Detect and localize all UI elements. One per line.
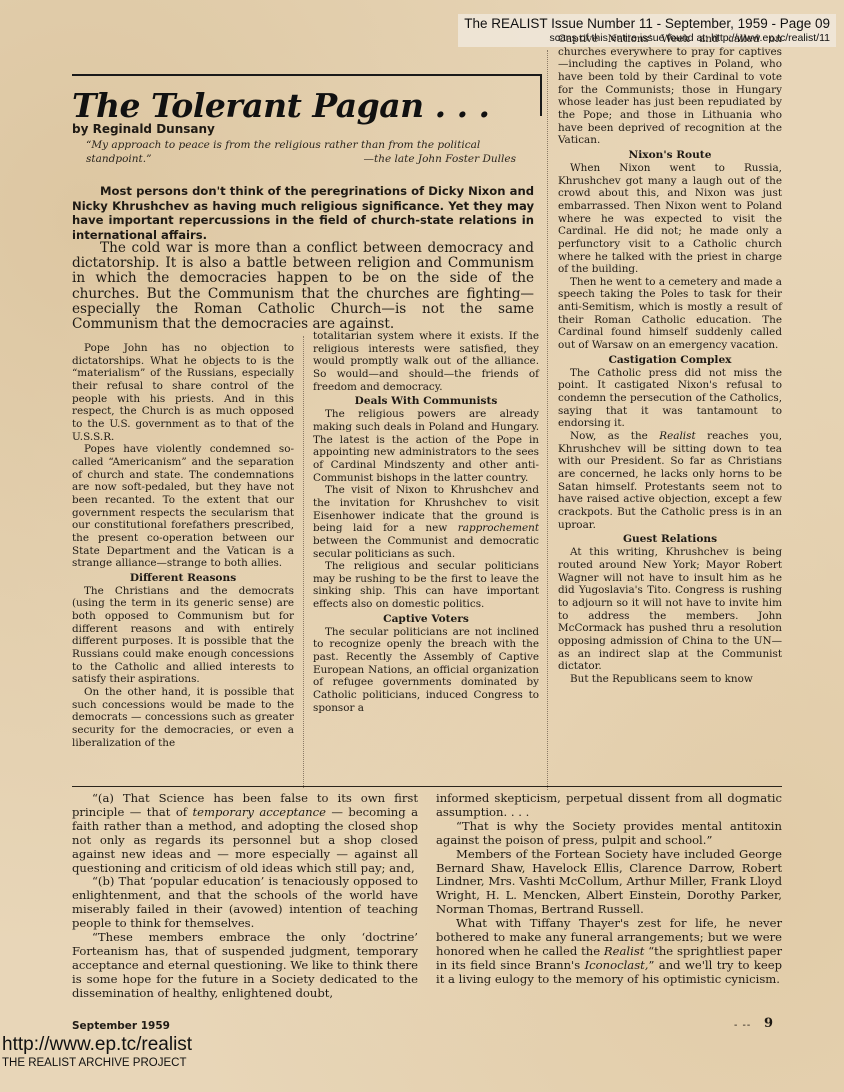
paragraph: The visit of Nixon to Khrushchev and the… <box>313 484 539 560</box>
paragraph: What with Tiffany Thayer's zest for life… <box>436 917 782 987</box>
continued-column-left: “(a) That Science has been false to its … <box>72 792 418 1001</box>
paragraph: The Catholic press did not miss the poin… <box>558 367 782 430</box>
article-title: The Tolerant Pagan . . . <box>72 86 490 125</box>
subheading: Nixon's Route <box>558 148 782 162</box>
paragraph: On the other hand, it is possible that s… <box>72 686 294 749</box>
archive-project-label: THE REALIST ARCHIVE PROJECT <box>2 1056 192 1070</box>
section-divider <box>72 786 782 787</box>
subheading: Guest Relations <box>558 532 782 546</box>
paragraph: The secular politicians are not inclined… <box>313 626 539 715</box>
archive-footer: http://www.ep.tc/realist THE REALIST ARC… <box>2 1034 192 1070</box>
paragraph: Popes have violently condemned so-called… <box>72 443 294 570</box>
byline: by Reginald Dunsany <box>72 122 215 136</box>
paragraph: But the Republicans seem to know <box>558 673 782 686</box>
paragraph: The religious powers are already making … <box>313 408 539 484</box>
paragraph: The religious and secular politicians ma… <box>313 560 539 611</box>
paragraph: “These members embrace the only ‘doctrin… <box>72 931 418 1001</box>
paragraph: “(b) That ‘popular education’ is tenacio… <box>72 875 418 931</box>
paragraph: Now, as the Realist reaches you, Khrushc… <box>558 430 782 531</box>
column-divider <box>303 336 304 788</box>
paragraph: Pope John has no objection to dictatorsh… <box>72 342 294 443</box>
column-divider <box>547 50 548 790</box>
archive-url-link[interactable]: http://www.ep.tc/realist <box>2 1034 192 1056</box>
paragraph: “That is why the Society provides mental… <box>436 820 782 848</box>
page-number: 9 <box>764 1016 773 1031</box>
paragraph: totalitarian system where it exists. If … <box>313 330 539 393</box>
article-column-1: Pope John has no objection to dictatorsh… <box>72 342 294 749</box>
paragraph: “(a) That Science has been false to its … <box>72 792 418 875</box>
paragraph: Then he went to a cemetery and made a sp… <box>558 276 782 352</box>
paragraph: Captive Nations' Week and called on chur… <box>558 33 782 147</box>
subheading: Castigation Complex <box>558 353 782 367</box>
paragraph: When Nixon went to Russia, Khrushchev go… <box>558 162 782 276</box>
paragraph: Members of the Fortean Society have incl… <box>436 848 782 918</box>
paragraph: The Christians and the democrats (using … <box>72 585 294 686</box>
subheading: Captive Voters <box>313 612 539 626</box>
subheading: Deals With Communists <box>313 394 539 408</box>
intro-paragraph: The cold war is more than a conflict bet… <box>72 241 534 332</box>
paragraph: At this writing, Khrushchev is being rou… <box>558 546 782 673</box>
continued-column-right: informed skepticism, perpetual dissent f… <box>436 792 782 987</box>
article-column-2: totalitarian system where it exists. If … <box>313 330 539 714</box>
article-column-3: Captive Nations' Week and called on chur… <box>558 33 782 686</box>
epigraph-attribution: —the late John Foster Dulles <box>86 153 526 167</box>
subheading: Different Reasons <box>72 571 294 585</box>
paragraph: informed skepticism, perpetual dissent f… <box>436 792 782 820</box>
folio-date: September 1959 <box>72 1020 170 1032</box>
epigraph: “My approach to peace is from the religi… <box>86 139 526 167</box>
print-mark: - -- <box>734 1020 751 1031</box>
archive-issue-title: The REALIST Issue Number 11 - September,… <box>464 16 830 32</box>
lede-paragraph: Most persons don't think of the peregrin… <box>72 184 534 242</box>
